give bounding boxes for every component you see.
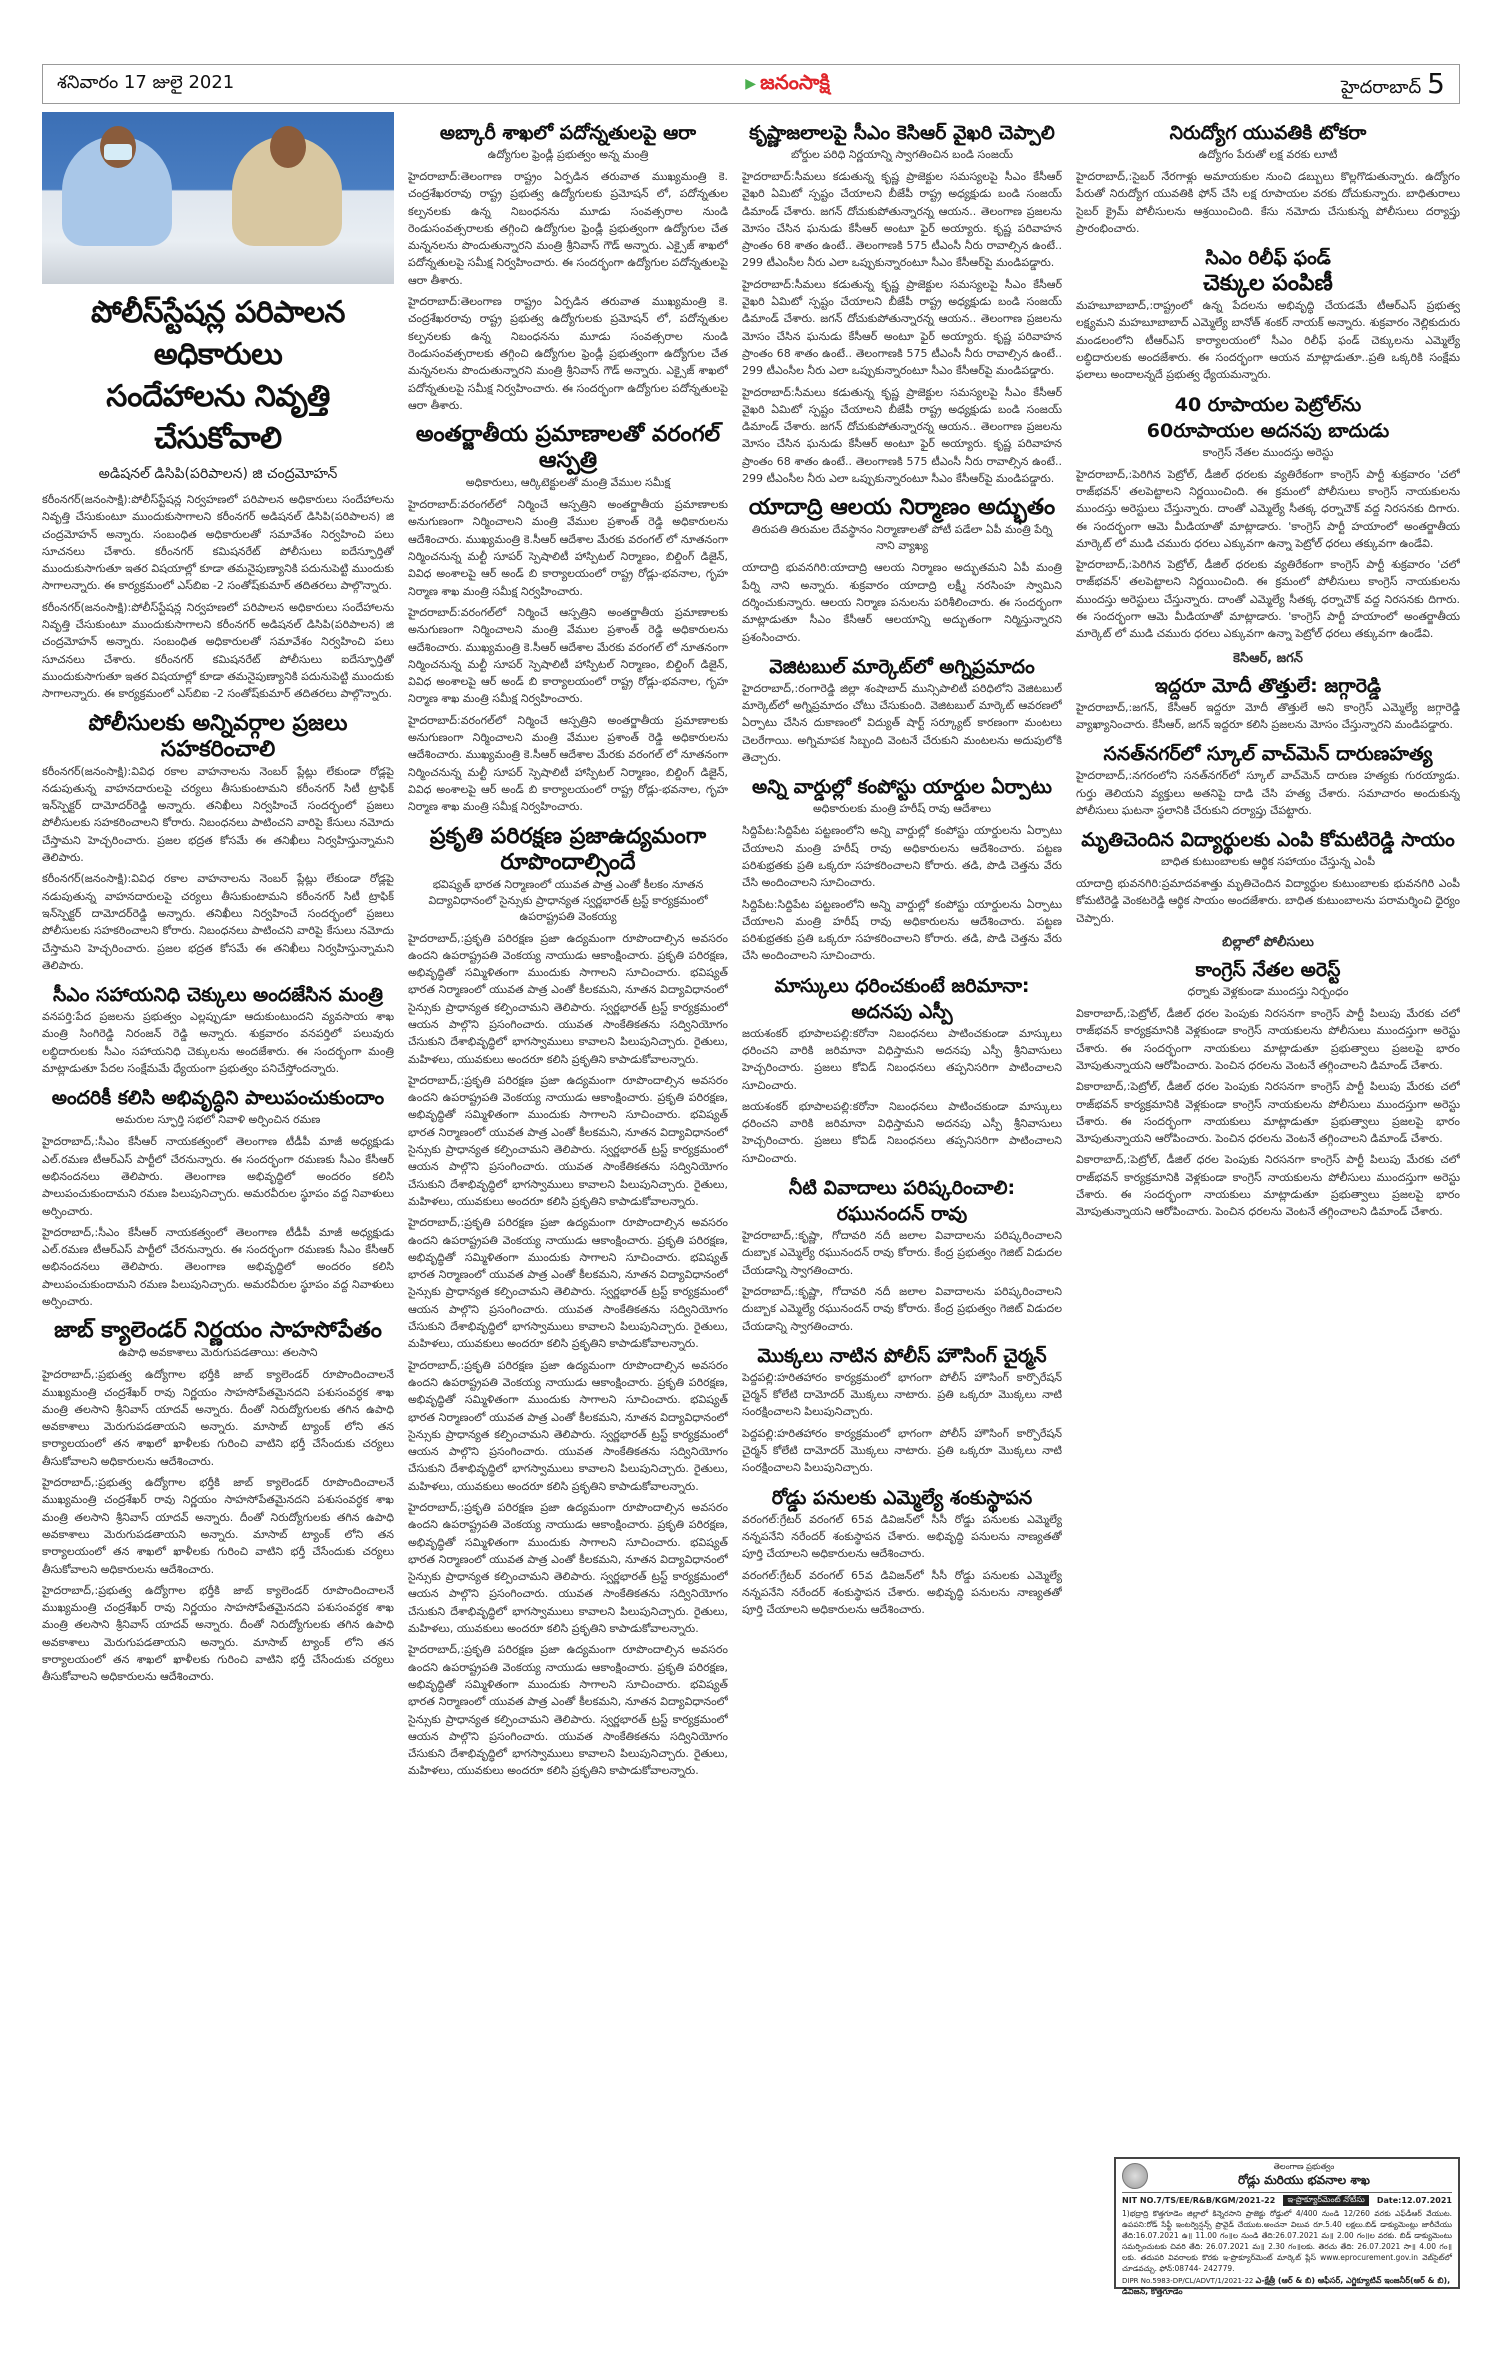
article-headline: ఇద్దరూ మోదీ తొత్తులే: జగ్గారెడ్డి [1076,673,1460,699]
government-emblem-icon [1122,2163,1148,2189]
column-3: కృష్ణాజలాలపై సీఎం కెసిఆర్ వైఖరి చెప్పాలి… [742,112,1062,2297]
article-body: హైదరాబాద్:తెలంగాణ రాష్ట్రం ఏర్పడిన తరువా… [408,168,728,289]
ad-text: 1)భద్రాద్రి కొత్తగూడెం జిల్లాలో కిన్నెరస… [1122,2208,1452,2274]
article-body: హైదరాబాద్,:సైబర్ నేరగాళ్లు అమాయకుల నుంచి… [1076,168,1460,237]
newspaper-logo: ▶ జనంసాక్షి [745,70,830,99]
article-body: హైదరాబాద్,:ప్రకృతి పరిరక్షణ ప్రజా ఉద్యమం… [408,1072,728,1210]
ad-dipr: DIPR No.5983-DP/CL/ADVT/1/2021-22 [1122,2277,1253,2285]
issue-date: శనివారం 17 జులై 2021 [57,72,234,97]
article-body: యాదాద్రి భువనగిరి:ప్రమాదవశాత్తు మృతిచెంద… [1076,875,1460,927]
news-photo [42,112,394,284]
article-headline: అందరికీ కలిసి అభివృద్ధిని పాలుపంచుకుందాం [42,1085,394,1111]
article-body: వికారాబాద్,:పెట్రోల్, డీజిల్ ధరల పెంపుకు… [1076,1078,1460,1147]
article-body: హైదరాబాద్,:ప్రభుత్వ ఉద్యోగాల భర్తీకి జాబ… [42,1582,394,1686]
article-headline: అన్ని వార్డుల్లో కంపోస్టు యార్డుల ఏర్పాట… [742,774,1062,800]
article-subheadline: ధర్నాకు వెళ్లకుండా ముందస్తు నిర్బంధం [1076,985,1460,1001]
leaf-icon: ▶ [745,76,756,92]
article-subheadline: ఉద్యోగం పేరుతో లక్ష వరకు లూటీ [1076,148,1460,164]
article-body: హైదరాబాద్,:ప్రభుత్వ ఉద్యోగాల భర్తీకి జాబ… [42,1366,394,1470]
ad-date: Date:12.07.2021 [1377,2196,1452,2205]
article-subheadline: బోర్డుల పరిధి నిర్ణయాన్ని స్వాగతించిన బం… [742,148,1062,164]
article-body: యాదాద్రి భువనగిరి:యాదాద్రి ఆలయ నిర్మాణం … [742,559,1062,645]
column-2: అబ్కారీ శాఖలో పదోన్నతులపై ఆరా ఉద్యోగుల ఫ… [408,112,728,2297]
ad-nit: NIT NO.7/TS/EE/R&B/KGM/2021-22 [1122,2196,1275,2205]
article-headline: అబ్కారీ శాఖలో పదోన్నతులపై ఆరా [408,120,728,146]
article-body: కరీంనగర్(జనంసాక్షి):పోలీస్‌స్టేషన్ల నిర్… [42,599,394,703]
article-body: హైదరాబాద్,:కృష్ణా, గోదావరి నదీ జలాల వివా… [742,1227,1062,1279]
ad-header: తెలంగాణ ప్రభుత్వం రోడ్లు మరియు భవనాల శాఖ [1122,2162,1452,2193]
lead-headline-line1: పోలీస్‌స్టేషన్ల పరిపాలన అధికారులు [42,292,394,376]
article-body: హైదరాబాద్,:పెరిగిన పెట్రోల్, డీజిల్ ధరలక… [1076,556,1460,642]
article-body: హైదరాబాద్:వరంగల్‌లో నిర్మించే ఆస్పత్రిని… [408,496,728,600]
article-subheadline: తిరుపతి తిరుమల దేవస్థానం నిర్మాణాలతో పోట… [742,523,1062,555]
officer-head [270,126,306,168]
article-body: పెద్దపల్లి:హరితహారం కార్యక్రమంలో భాగంగా … [742,1369,1062,1421]
article-headline: మృతిచెందిన విద్యార్థులకు ఎంపి కోమటిరెడ్డ… [1076,827,1460,853]
article-body: హైదరాబాద్,:ప్రకృతి పరిరక్షణ ప్రజా ఉద్యమం… [408,1357,728,1495]
article-headline-2: చెక్కుల పంపిణీ [1076,271,1460,297]
logo-text: జనంసాక్షి [760,70,830,99]
ad-footer: DIPR No.5983-DP/CL/ADVT/1/2021-22 ఎ-క్షే… [1122,2276,1452,2298]
ad-meta-row: NIT NO.7/TS/EE/R&B/KGM/2021-22 ఇ-ప్రొక్య… [1122,2195,1452,2206]
article-body: హైదరాబాద్:వరంగల్‌లో నిర్మించే ఆస్పత్రిని… [408,712,728,816]
lead-headline-line2: సందేహాలను నివృత్తి చేసుకోవాలి [42,376,394,460]
article-body: మహబూబాబాద్,:రాష్ట్రంలో ఉన్న పేదలను అభివృ… [1076,297,1460,383]
article-body: వికారాబాద్,:పెట్రోల్, డీజిల్ ధరల పెంపుకు… [1076,1005,1460,1074]
article-headline: నిరుద్యోగ యువతికి టోకరా [1076,120,1460,146]
article-body: కరీంనగర్(జనంసాక్షి):వివిధ రకాల వాహనాలను … [42,870,394,974]
article-body: హైదరాబాద్,:కృష్ణా, గోదావరి నదీ జలాల వివా… [742,1283,1062,1335]
article-body: హైదరాబాద్,:ప్రకృతి పరిరక్షణ ప్రజా ఉద్యమం… [408,1641,728,1779]
article-headline: వెజిటబుల్ మార్కెట్‌లో అగ్నిప్రమాదం [742,654,1062,680]
article-body: కరీంనగర్(జనంసాక్షి):వివిధ రకాల వాహనాలను … [42,763,394,867]
article-body: వరంగల్:గ్రేటర్ వరంగల్ 65వ డివిజన్‌లో సీస… [742,1567,1062,1619]
article-headline: నీటి వివాదాలు పరిష్కరించాలి: రఘునందన్ రా… [742,1175,1062,1227]
page-number: 5 [1427,67,1445,100]
article-body: హైదరాబాద్:తెలంగాణ రాష్ట్రం ఏర్పడిన తరువా… [408,293,728,414]
article-body: వనపర్తి:పేద ప్రజలను ప్రభుత్వం ఎల్లప్పుడూ… [42,1008,394,1077]
ad-department: రోడ్లు మరియు భవనాల శాఖ [1156,2173,1452,2190]
article-subheadline: అధికారులు, ఆర్కిటెక్టులతో మంత్రి వేముల స… [408,476,728,492]
article-headline: కాంగ్రెస్ నేతల అరెస్ట్ [1076,957,1460,983]
article-subheadline: కాంగ్రెస్ నేతల ముందస్తు అరెస్టు [1076,446,1460,462]
edition-name: హైదరాబాద్ [1341,77,1421,98]
page-header: శనివారం 17 జులై 2021 ▶ జనంసాక్షి హైదరాబా… [42,64,1460,104]
article-body: జయశంకర్ భూపాలపల్లి:కరోనా నిబంధనలు పాటించ… [742,1098,1062,1167]
article-headline: యాదాద్రి ఆలయ నిర్మాణం అద్భుతం [742,495,1062,521]
article-kicker: బిల్లాలో పోలీసులు [1076,935,1460,953]
article-body: వికారాబాద్,:పెట్రోల్, డీజిల్ ధరల పెంపుకు… [1076,1151,1460,1220]
article-body: హైదరాబాద్,:ప్రభుత్వ ఉద్యోగాల భర్తీకి జాబ… [42,1474,394,1578]
article-body: హైదరాబాద్,:ప్రకృతి పరిరక్షణ ప్రజా ఉద్యమం… [408,1214,728,1352]
article-headline: జాబ్ క్యాలెండర్ నిర్ణయం సాహసోపేతం [42,1318,394,1344]
article-headline: మాస్కులు ధరించకుంటే జరిమానా: అదనపు ఎస్పీ [742,973,1062,1025]
article-body: సిద్దిపేట:సిద్దిపేట పట్టణంలోని అన్ని వార… [742,896,1062,965]
article-subheadline: బాధిత కుటుంబాలకు ఆర్థిక సహాయం చేస్తున్న … [1076,855,1460,871]
article-headline: అంతర్జాతీయ ప్రమాణాలతో వరంగల్ ఆస్పత్రి [408,422,728,474]
article-headline: కృష్ణాజలాలపై సీఎం కెసిఆర్ వైఖరి చెప్పాలి [742,120,1062,146]
article-body: హైదరాబాద్:వరంగల్‌లో నిర్మించే ఆస్పత్రిని… [408,604,728,708]
article-subheadline: ఉద్యోగుల ఫ్రెండ్లీ ప్రభుత్వం అన్న మంత్రి [408,148,728,164]
article-body: హైదరాబాద్,:పెరిగిన పెట్రోల్, డీజిల్ ధరలక… [1076,466,1460,552]
article-body: హైదరాబాద్,:నగరంలోని సనత్‌నగర్‌లో స్కూల్ … [1076,767,1460,819]
article-body: హైదరాబాద్:సీమలు కడుతున్న కృష్ణ ప్రాజెక్ట… [742,168,1062,272]
ad-government: తెలంగాణ ప్రభుత్వం [1156,2162,1452,2173]
article-body: హైదరాబాద్,:సీఎం కేసీఆర్ నాయకత్వంలో తెలంగ… [42,1224,394,1310]
article-subheadline: అమరుల స్ఫూర్తి సభలో నివాళి అర్పించిన రమణ [42,1113,394,1129]
article-body: సిద్దిపేట:సిద్దిపేట పట్టణంలోని అన్ని వార… [742,822,1062,891]
article-subheadline: ఉపాధి అవకాశాలు మెరుగుపడతాయి: తలసాని [42,1346,394,1362]
article-body: హైదరాబాద్:సీమలు కడుతున్న కృష్ణ ప్రాజెక్ట… [742,384,1062,488]
ad-tag: ఇ-ప్రొక్యూర్‌మెంట్ నోటీసు [1283,2195,1368,2206]
article-headline: 40 రూపాయల పెట్రోల్‌ను [1076,392,1460,418]
article-headline: రోడ్డు పనులకు ఎమ్మెల్యే శంకుస్థాపన [742,1485,1062,1511]
article-headline: సిఎం రిలీఫ్ ఫండ్ [1076,245,1460,271]
article-body: హైదరాబాద్,:ప్రకృతి పరిరక్షణ ప్రజా ఉద్యమం… [408,930,728,1068]
article-body: వరంగల్:గ్రేటర్ వరంగల్ 65వ డివిజన్‌లో సీస… [742,1511,1062,1563]
article-body: జయశంకర్ భూపాలపల్లి:కరోనా నిబంధనలు పాటించ… [742,1025,1062,1094]
tender-notice-ad: తెలంగాణ ప్రభుత్వం రోడ్లు మరియు భవనాల శాఖ… [1114,2157,1460,2289]
article-body: హైదరాబాద్:సీమలు కడుతున్న కృష్ణ ప్రాజెక్ట… [742,276,1062,380]
column-4: నిరుద్యోగ యువతికి టోకరా ఉద్యోగం పేరుతో ల… [1076,112,1460,2147]
article-body: హైదరాబాద్,:ప్రకృతి పరిరక్షణ ప్రజా ఉద్యమం… [408,1499,728,1637]
face-mask [104,144,132,160]
article-body: హైదరాబాద్,:సీఎం కేసీఆర్ నాయకత్వంలో తెలంగ… [42,1133,394,1219]
article-headline: పోలీసులకు అన్నివర్గాల ప్రజలు సహకరించాలి [42,711,394,763]
article-headline: మొక్కలు నాటిన పోలీస్ హౌసింగ్ చైర్మన్ [742,1343,1062,1369]
lead-byline: అడిషనల్ డిసిపి(పరిపాలన) జి చంద్రమోహన్ [42,466,394,485]
article-headline: సీఎం సహాయనిధి చెక్కులు అందజేసిన మంత్రి [42,982,394,1008]
article-body: హైదరాబాద్,:జగన్, కేసీఆర్ ఇద్దరూ మోదీ తొత… [1076,699,1460,734]
article-body: కరీంనగర్(జనంసాక్షి):పోలీస్‌స్టేషన్ల నిర్… [42,491,394,595]
article-subheadline: అధికారులకు మంత్రి హరీష్ రావు ఆదేశాలు [742,802,1062,818]
article-subheadline: భవిష్యత్ భారత నిర్మాణంలో యువత పాత్ర ఎంతో… [408,878,728,926]
article-headline: ప్రకృతి పరిరక్షణ ప్రజాఉద్యమంగా రూపొందాల్… [408,824,728,876]
article-body: హైదరాబాద్,:రంగారెడ్డి జిల్లా శంషాబాద్ ము… [742,680,1062,766]
article-body: పెద్దపల్లి:హరితహారం కార్యక్రమంలో భాగంగా … [742,1425,1062,1477]
column-1: పోలీస్‌స్టేషన్ల పరిపాలన అధికారులు సందేహా… [42,112,394,2297]
article-headline-2: 60రూపాయల అదనపు బాదుడు [1076,418,1460,444]
article-headline: సనత్‌నగర్‌లో స్కూల్ వాచ్‌మెన్ దారుణహత్య [1076,741,1460,767]
edition-label: హైదరాబాద్5 [1341,67,1445,102]
article-kicker: కెసిఆర్, జగన్ [1076,651,1460,669]
